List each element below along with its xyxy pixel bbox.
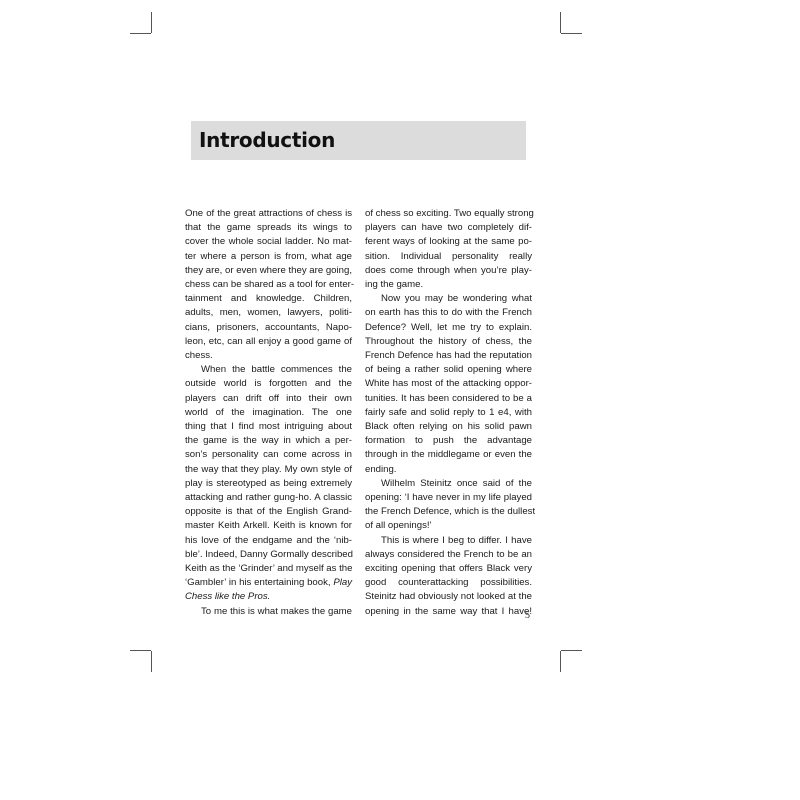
text-line: French Defence has had the reputation — [365, 349, 532, 363]
text-line: of all openings!’ — [365, 519, 532, 533]
text-line: does come through when you’re play- — [365, 264, 532, 278]
text-line: Wilhelm Steinitz once said of the — [365, 477, 532, 491]
text-line: When the battle commences the — [185, 363, 352, 377]
text-line: cians, prisoners, accountants, Napo- — [185, 321, 352, 335]
text-line: To me this is what makes the game — [185, 605, 352, 619]
text-line: adults, men, women, lawyers, politi- — [185, 306, 352, 320]
book-title-italic: Play — [333, 577, 352, 588]
chapter-title: Introduction — [199, 126, 335, 154]
text-line: ferent ways of looking at the same po- — [365, 235, 532, 249]
text-line: good counterattacking possibilities. — [365, 576, 532, 590]
text-line: Defence? Well, let me try to explain. — [365, 321, 532, 335]
text-line: attacking and rather gung-ho. A classic — [185, 491, 352, 505]
text-line: opposite is that of the English Grand- — [185, 505, 352, 519]
text-line: One of the great attractions of chess is — [185, 207, 352, 221]
text-line: Keith as the ‘Grinder’ and myself as the — [185, 562, 352, 576]
text-line: tunities. It has been considered to be a — [365, 392, 532, 406]
text-line: that the game spreads its wings to — [185, 221, 352, 235]
book-title-italic: Chess like the Pros. — [185, 591, 270, 602]
crop-mark-top-left-v — [151, 12, 152, 33]
text-line: on earth has this to do with the French — [365, 306, 532, 320]
text-line: players can have two completely dif- — [365, 221, 532, 235]
text-line: always considered the French to be an — [365, 548, 532, 562]
text-line: ing the game. — [365, 278, 532, 292]
text-line: Throughout the history of chess, the — [365, 335, 532, 349]
left-text-column: One of the great attractions of chess is… — [185, 207, 352, 619]
text-line: fairly safe and solid reply to 1 e4, wit… — [365, 406, 532, 420]
text-line: Steinitz had obviously not looked at the — [365, 590, 532, 604]
text-fragment: ‘Gambler’ in his entertaining book, — [185, 577, 333, 588]
text-line: his love of the endgame and the ‘nib- — [185, 534, 352, 548]
text-line: chess. — [185, 349, 352, 363]
text-line: of being a rather solid opening where — [365, 363, 532, 377]
crop-mark-bottom-left-v — [151, 651, 152, 672]
text-line: opening in the same way that I have! — [365, 605, 532, 619]
text-line: of chess so exciting. Two equally strong — [365, 207, 532, 221]
text-line: This is where I beg to differ. I have — [365, 534, 532, 548]
text-line: ble’. Indeed, Danny Gormally described — [185, 548, 352, 562]
text-line: leon, etc, can all enjoy a good game of — [185, 335, 352, 349]
text-line: son’s personality can come across in — [185, 448, 352, 462]
text-line: exciting opening that offers Black very — [365, 562, 532, 576]
text-line: sition. Individual personality really — [365, 250, 532, 264]
crop-mark-top-right-h — [561, 33, 582, 34]
text-line: play is stereotyped as being extremely — [185, 477, 352, 491]
text-line: ter where a person is from, what age — [185, 250, 352, 264]
text-line: White has most of the attacking oppor- — [365, 377, 532, 391]
text-line: master Keith Arkell. Keith is known for — [185, 519, 352, 533]
crop-mark-top-left-h — [130, 33, 151, 34]
text-line: opening: ‘I have never in my life played — [365, 491, 532, 505]
page-number: 5 — [525, 610, 530, 621]
crop-mark-bottom-left-h — [130, 650, 151, 651]
text-line: the game is the way in which a per- — [185, 434, 352, 448]
text-line: Now you may be wondering what — [365, 292, 532, 306]
text-line: Black often relying on his solid pawn — [365, 420, 532, 434]
crop-mark-top-right-v — [560, 12, 561, 33]
text-line: they are, or even where they are going, — [185, 264, 352, 278]
text-line: Chess like the Pros. — [185, 590, 352, 604]
text-line: world of the imagination. The one — [185, 406, 352, 420]
text-line: tainment and knowledge. Children, — [185, 292, 352, 306]
crop-mark-bottom-right-h — [561, 650, 582, 651]
text-line: the French Defence, which is the dullest — [365, 505, 532, 519]
crop-mark-bottom-right-v — [560, 651, 561, 672]
text-line: players can drift off into their own — [185, 392, 352, 406]
text-line: chess can be shared as a tool for enter- — [185, 278, 352, 292]
text-line: through in the middlegame or even the — [365, 448, 532, 462]
text-line: cover the whole social ladder. No mat- — [185, 235, 352, 249]
right-text-column: of chess so exciting. Two equally strong… — [365, 207, 532, 619]
text-line: the way that they play. My own style of — [185, 463, 352, 477]
text-line: thing that I find most intriguing about — [185, 420, 352, 434]
text-line-with-book-title: ‘Gambler’ in his entertaining book, Play — [185, 576, 352, 590]
text-line: ending. — [365, 463, 532, 477]
chapter-heading-banner: Introduction — [191, 121, 526, 160]
text-line: formation to push the advantage — [365, 434, 532, 448]
text-line: outside world is forgotten and the — [185, 377, 352, 391]
